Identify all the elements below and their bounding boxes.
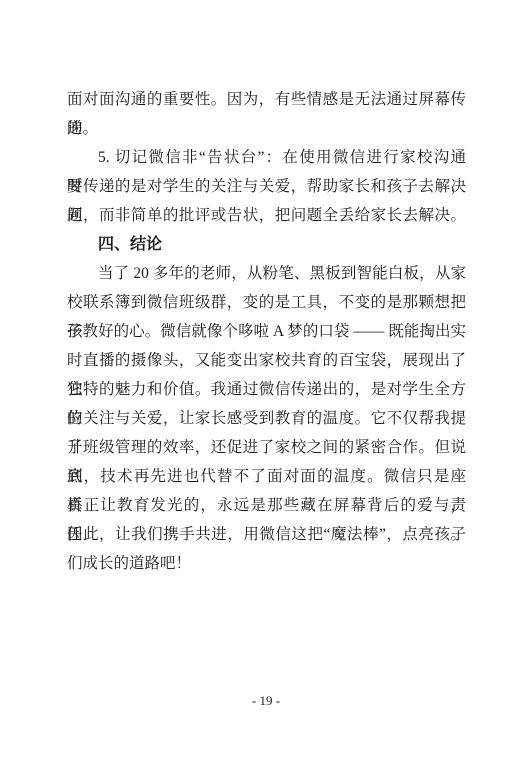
text-line: 真正让教育发光的，永远是那些藏在屏幕背后的爱与责任。	[67, 491, 466, 520]
text-line: 题，而非简单的批评或告状，把问题全丢给家长去解决。	[67, 201, 466, 230]
text-line: 5. 切记微信非“告状台”：在使用微信进行家校沟通时，	[67, 143, 466, 172]
text-line: 面对面沟通的重要性。因为，有些情感是无法通过屏幕传递	[67, 85, 466, 114]
page-number: - 19 -	[0, 691, 532, 711]
text-line: 子教好的心。微信就像个哆啦 A 梦的口袋 —— 既能掏出实	[67, 317, 466, 346]
text-line: 因此，让我们携手共进，用微信这把“魔法棒”，点亮孩子	[67, 520, 466, 549]
text-line: 了班级管理的效率，还促进了家校之间的紧密合作。但说到	[67, 433, 466, 462]
text-line: 当了 20 多年的老师，从粉笔、黑板到智能白板，从家	[67, 259, 466, 288]
text-line: 校联系簿到微信班级群，变的是工具，不变的是那颗想把孩	[67, 288, 466, 317]
section-heading: 四、结论	[67, 230, 466, 259]
body-text: 面对面沟通的重要性。因为，有些情感是无法通过屏幕传递 的。 5. 切记微信非“告…	[67, 85, 466, 578]
text-line: 独特的魅力和价值。我通过微信传递出的，是对学生全方位	[67, 375, 466, 404]
text-line: 时直播的摄像头，又能变出家校共育的百宝袋，展现出了它	[67, 346, 466, 375]
text-line: 的。	[67, 114, 466, 143]
text-line: 们成长的道路吧！	[67, 549, 466, 578]
text-line: 要传递的是对学生的关注与关爱，帮助家长和孩子去解决问	[67, 172, 466, 201]
text-line: 的关注与关爱，让家长感受到教育的温度。它不仅帮我提升	[67, 404, 466, 433]
text-line: 底，技术再先进也代替不了面对面的温度。微信只是座桥，	[67, 462, 466, 491]
document-page: 面对面沟通的重要性。因为，有些情感是无法通过屏幕传递 的。 5. 切记微信非“告…	[0, 0, 532, 768]
